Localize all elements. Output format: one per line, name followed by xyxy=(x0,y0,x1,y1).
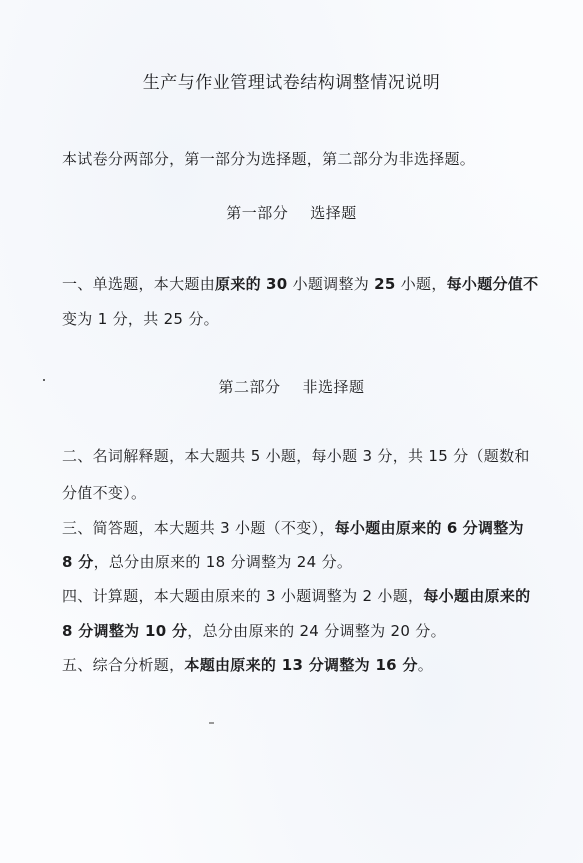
text-span: ，总分由原来的 xyxy=(94,553,201,571)
text-span: 三、简答题，本大题共 xyxy=(62,519,215,537)
text-span: 一、单选题，本大题由 xyxy=(62,275,215,293)
number: 5 xyxy=(251,447,261,465)
part1-heading: 第一部分选择题 xyxy=(0,202,583,223)
text-span: 小题（不变）， xyxy=(235,519,335,537)
bold-span: 8 分 xyxy=(62,553,94,571)
bold-number: 6 xyxy=(447,519,458,537)
bold-number: 25 xyxy=(374,275,395,293)
text-span: 分。 xyxy=(322,553,353,571)
number: 3 xyxy=(363,447,373,465)
text-span: 小题， xyxy=(401,275,447,293)
text-span: 分调整为 xyxy=(231,553,292,571)
number: 2 xyxy=(363,587,373,605)
item2-line2: 分值不变）。 xyxy=(62,482,146,503)
text-span: 分，共 xyxy=(113,310,159,328)
item1-line1: 一、单选题，本大题由原来的 30 小题调整为 25 小题，每小题分值不 xyxy=(62,273,538,294)
intro-paragraph: 本试卷分两部分，第一部分为选择题，第二部分为非选择题。 xyxy=(62,148,475,169)
item2-line1: 二、名词解释题，本大题共 5 小题，每小题 3 分，共 15 分（题数和 xyxy=(62,445,530,466)
item4-line2: 8 分调整为 10 分，总分由原来的 24 分调整为 20 分。 xyxy=(62,620,446,641)
number: 20 xyxy=(391,622,411,640)
text-span: 小题，每小题 xyxy=(266,447,358,465)
text-span: 五、综合分析题， xyxy=(62,656,184,674)
part2-heading-label: 第二部分 xyxy=(218,378,280,396)
scan-artifact-speck xyxy=(209,722,214,724)
part2-heading: 第二部分非选择题 xyxy=(0,376,583,397)
number: 3 xyxy=(220,519,230,537)
document-title: 生产与作业管理试卷结构调整情况说明 xyxy=(0,68,583,93)
scanned-page: 生产与作业管理试卷结构调整情况说明 本试卷分两部分，第一部分为选择题，第二部分为… xyxy=(0,0,583,863)
text-span: 分。 xyxy=(188,310,219,328)
number: 15 xyxy=(428,447,448,465)
bold-span: 分调整为 xyxy=(463,519,524,537)
number: 1 xyxy=(98,310,108,328)
item3-line2: 8 分，总分由原来的 18 分调整为 24 分。 xyxy=(62,551,352,572)
part1-heading-title: 选择题 xyxy=(310,204,357,222)
text-span: 分调整为 xyxy=(324,622,385,640)
number: 25 xyxy=(164,310,184,328)
bold-span: 原来的 xyxy=(215,275,261,293)
text-span: 四、计算题，本大题由原来的 xyxy=(62,587,261,605)
text-span: 小题调整为 xyxy=(293,275,370,293)
bold-span: 本题由原来的 13 分调整为 16 分 xyxy=(184,656,417,674)
bold-span: 每小题由原来的 xyxy=(423,587,530,605)
bold-span: 每小题由原来的 xyxy=(335,519,442,537)
item3-line1: 三、简答题，本大题共 3 小题（不变），每小题由原来的 6 分调整为 xyxy=(62,517,524,538)
part1-heading-label: 第一部分 xyxy=(226,204,288,222)
text-span: 分。 xyxy=(415,622,446,640)
bold-span: 8 分调整为 10 分 xyxy=(62,622,187,640)
number: 18 xyxy=(206,553,226,571)
text-span: 小题调整为 xyxy=(281,587,358,605)
number: 24 xyxy=(299,622,319,640)
number: 24 xyxy=(297,553,317,571)
number: 3 xyxy=(266,587,276,605)
item5-line1: 五、综合分析题，本题由原来的 13 分调整为 16 分。 xyxy=(62,654,433,675)
item4-line1: 四、计算题，本大题由原来的 3 小题调整为 2 小题，每小题由原来的 xyxy=(62,585,530,606)
text-span: 二、名词解释题，本大题共 xyxy=(62,447,246,465)
text-span: 分（题数和 xyxy=(453,447,530,465)
part2-heading-title: 非选择题 xyxy=(303,378,365,396)
bold-number: 30 xyxy=(266,275,287,293)
text-span: 。 xyxy=(418,656,433,674)
item1-line2: 变为 1 分，共 25 分。 xyxy=(62,308,219,329)
text-span: 变为 xyxy=(62,310,93,328)
text-span: ，总分由原来的 xyxy=(187,622,294,640)
text-span: 小题， xyxy=(377,587,423,605)
text-span: 分，共 xyxy=(377,447,423,465)
bold-span: 每小题分值不 xyxy=(447,275,539,293)
